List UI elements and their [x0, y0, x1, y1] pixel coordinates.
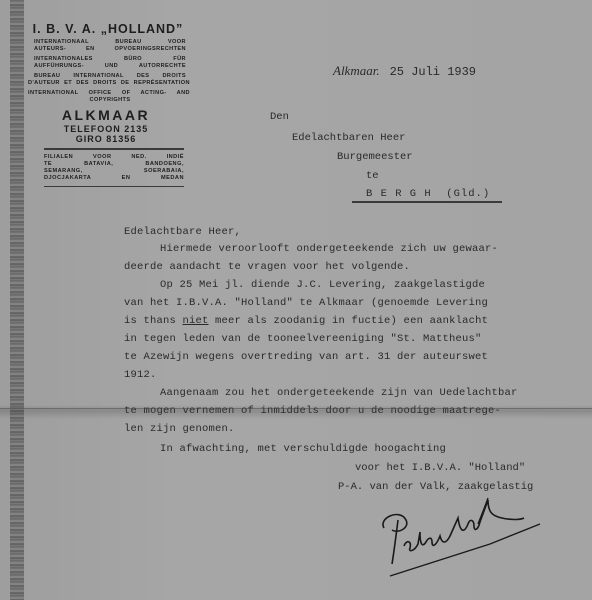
date-line: Alkmaar.25 Juli 1939: [333, 63, 476, 79]
body-line: te Azewijn wegens overtreding van art. 3…: [124, 351, 488, 363]
letterhead-line: COPYRIGHTS: [18, 97, 194, 104]
address-line: te: [366, 170, 379, 182]
body-line: 1912.: [124, 369, 157, 381]
address-line: Burgemeester: [337, 151, 413, 163]
letterhead-line: INTERNATIONAL OFFICE OF ACTING- AND: [18, 90, 194, 97]
body-line: len zijn genomen.: [124, 423, 235, 435]
letterhead-line: INTERNATIONALES BÜRO FÜR: [18, 56, 194, 63]
letterhead-branch: DJOCJAKARTA EN MEDAN: [18, 175, 194, 182]
paper-fold-line: [0, 408, 592, 409]
body-line: Op 25 Mei jl. diende J.C. Levering, zaak…: [160, 279, 485, 291]
salutation: Edelachtbare Heer,: [124, 226, 241, 238]
letterhead-title: I. B. V. A. „HOLLAND”: [22, 22, 194, 36]
signature-icon: handwritten signature P. A. v.d. Valk: [370, 496, 590, 586]
body-line: is thans niet meer als zoodanig in fucti…: [124, 315, 488, 327]
date-value: 25 Juli 1939: [390, 65, 476, 79]
closing-organisation: voor het I.B.V.A. "Holland": [355, 462, 525, 474]
address-line: Den: [270, 111, 289, 123]
body-text-span: meer als zoodanig in fuctie) een aanklac…: [209, 315, 489, 327]
body-line: in tegen leden van de tooneelvereeniging…: [124, 333, 482, 345]
letterhead-giro: GIRO 81356: [18, 134, 194, 144]
letterhead-line: AUTEURS- EN OPVOERINGSRECHTEN: [18, 46, 194, 53]
address-line: Edelachtbaren Heer: [292, 132, 405, 144]
body-line: van het I.B.V.A. "Holland" te Alkmaar (g…: [124, 297, 488, 309]
letterhead-branch: SEMARANG, SOERABAIA,: [18, 168, 194, 175]
date-place: Alkmaar.: [333, 63, 380, 78]
letterhead-line: INTERNATIONAAL BUREAU VOOR: [18, 39, 194, 46]
body-line: deerde aandacht te vragen voor het volge…: [124, 261, 410, 273]
letterhead-city: ALKMAAR: [18, 107, 194, 123]
body-line: Aangenaam zou het ondergeteekende zijn v…: [160, 387, 518, 399]
letterhead-line: BUREAU INTERNATIONAL DES DROITS: [18, 73, 194, 80]
emphasis-underlined: niet: [183, 315, 209, 327]
address-underline: [352, 201, 502, 203]
letterhead-telephone: TELEFOON 2135: [18, 124, 194, 134]
letterhead-divider: [44, 148, 184, 150]
letterhead-line: D'AUTEUR ET DES DROITS DE REPRÉSENTATION: [18, 80, 194, 87]
closing-signatory: P-A. van der Valk, zaakgelastig: [338, 481, 533, 493]
letterhead-divider: [44, 186, 184, 187]
body-line: Hiermede veroorlooft ondergeteekende zic…: [160, 243, 498, 255]
letterhead-line: AUFFÜHRUNGS- UND AUTORRECHTE: [18, 63, 194, 70]
letterhead: I. B. V. A. „HOLLAND” INTERNATIONAAL BUR…: [18, 22, 194, 191]
letterhead-branch: FILIALEN VOOR NED. INDIË: [18, 154, 194, 161]
letterhead-branch: TE BATAVIA, BANDOENG,: [18, 161, 194, 168]
body-line: In afwachting, met verschuldigde hoogach…: [160, 443, 446, 455]
letter-page: I. B. V. A. „HOLLAND” INTERNATIONAAL BUR…: [0, 0, 592, 600]
body-text-span: is thans: [124, 315, 183, 327]
address-town: B E R G H (Gld.): [366, 188, 490, 200]
